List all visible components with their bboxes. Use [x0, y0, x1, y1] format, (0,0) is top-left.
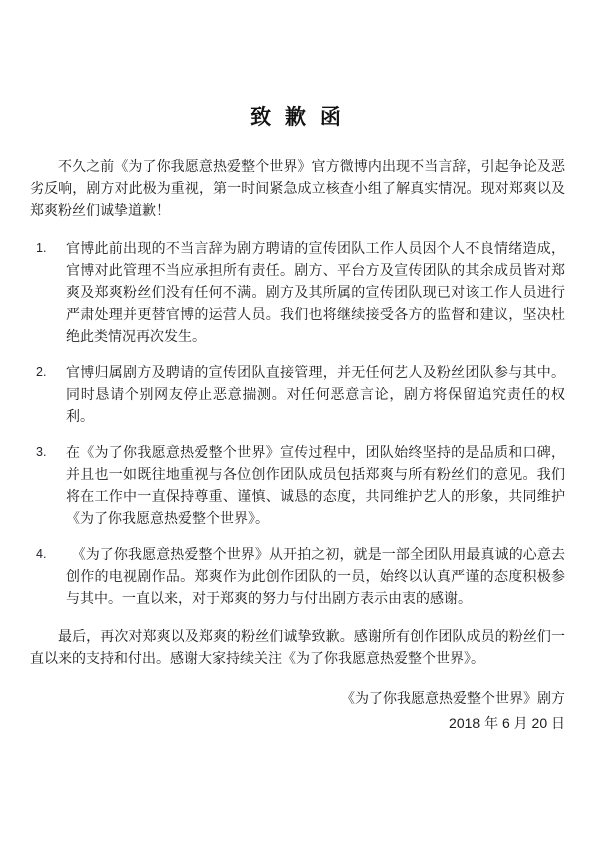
apology-letter-page: 致 歉 函 不久之前《为了你我愿意热爱整个世界》官方微博内出现不当言辞，引起争论…: [0, 0, 595, 842]
list-item: 2. 官博归属剧方及聘请的宣传团队直接管理，并无任何艺人及粉丝团队参与其中。同时…: [30, 361, 565, 427]
signature-line: 《为了你我愿意热爱整个世界》剧方: [30, 687, 565, 709]
item-number: 3.: [30, 441, 66, 463]
item-text: 官博归属剧方及聘请的宣传团队直接管理，并无任何艺人及粉丝团队参与其中。同时恳请个…: [66, 361, 565, 427]
list-item: 1. 官博此前出现的不当言辞为剧方聘请的宣传团队工作人员因个人不良情绪造成，官博…: [30, 237, 565, 347]
date-line: 2018 年 6 月 20 日: [30, 712, 565, 734]
item-text: 官博此前出现的不当言辞为剧方聘请的宣传团队工作人员因个人不良情绪造成，官博对此管…: [66, 237, 565, 347]
list-item: 3. 在《为了你我愿意热爱整个世界》宣传过程中，团队始终坚持的是品质和口碑，并且…: [30, 441, 565, 529]
intro-paragraph: 不久之前《为了你我愿意热爱整个世界》官方微博内出现不当言辞，引起争论及恶劣反响，…: [30, 155, 565, 221]
closing-paragraph: 最后，再次对郑爽以及郑爽的粉丝们诚挚致歉。感谢所有创作团队成员的粉丝们一直以来的…: [30, 625, 565, 669]
item-number: 1.: [30, 237, 66, 259]
item-number: 4.: [30, 543, 66, 565]
item-number: 2.: [30, 361, 66, 383]
item-text: 在《为了你我愿意热爱整个世界》宣传过程中，团队始终坚持的是品质和口碑，并且也一如…: [66, 441, 565, 529]
list-item: 4. 《为了你我愿意热爱整个世界》从开拍之初，就是一部全团队用最真诚的心意去创作…: [30, 543, 565, 609]
document-title: 致 歉 函: [30, 0, 565, 133]
apology-list: 1. 官博此前出现的不当言辞为剧方聘请的宣传团队工作人员因个人不良情绪造成，官博…: [30, 237, 565, 609]
item-text: 《为了你我愿意热爱整个世界》从开拍之初，就是一部全团队用最真诚的心意去创作的电视…: [66, 543, 565, 609]
